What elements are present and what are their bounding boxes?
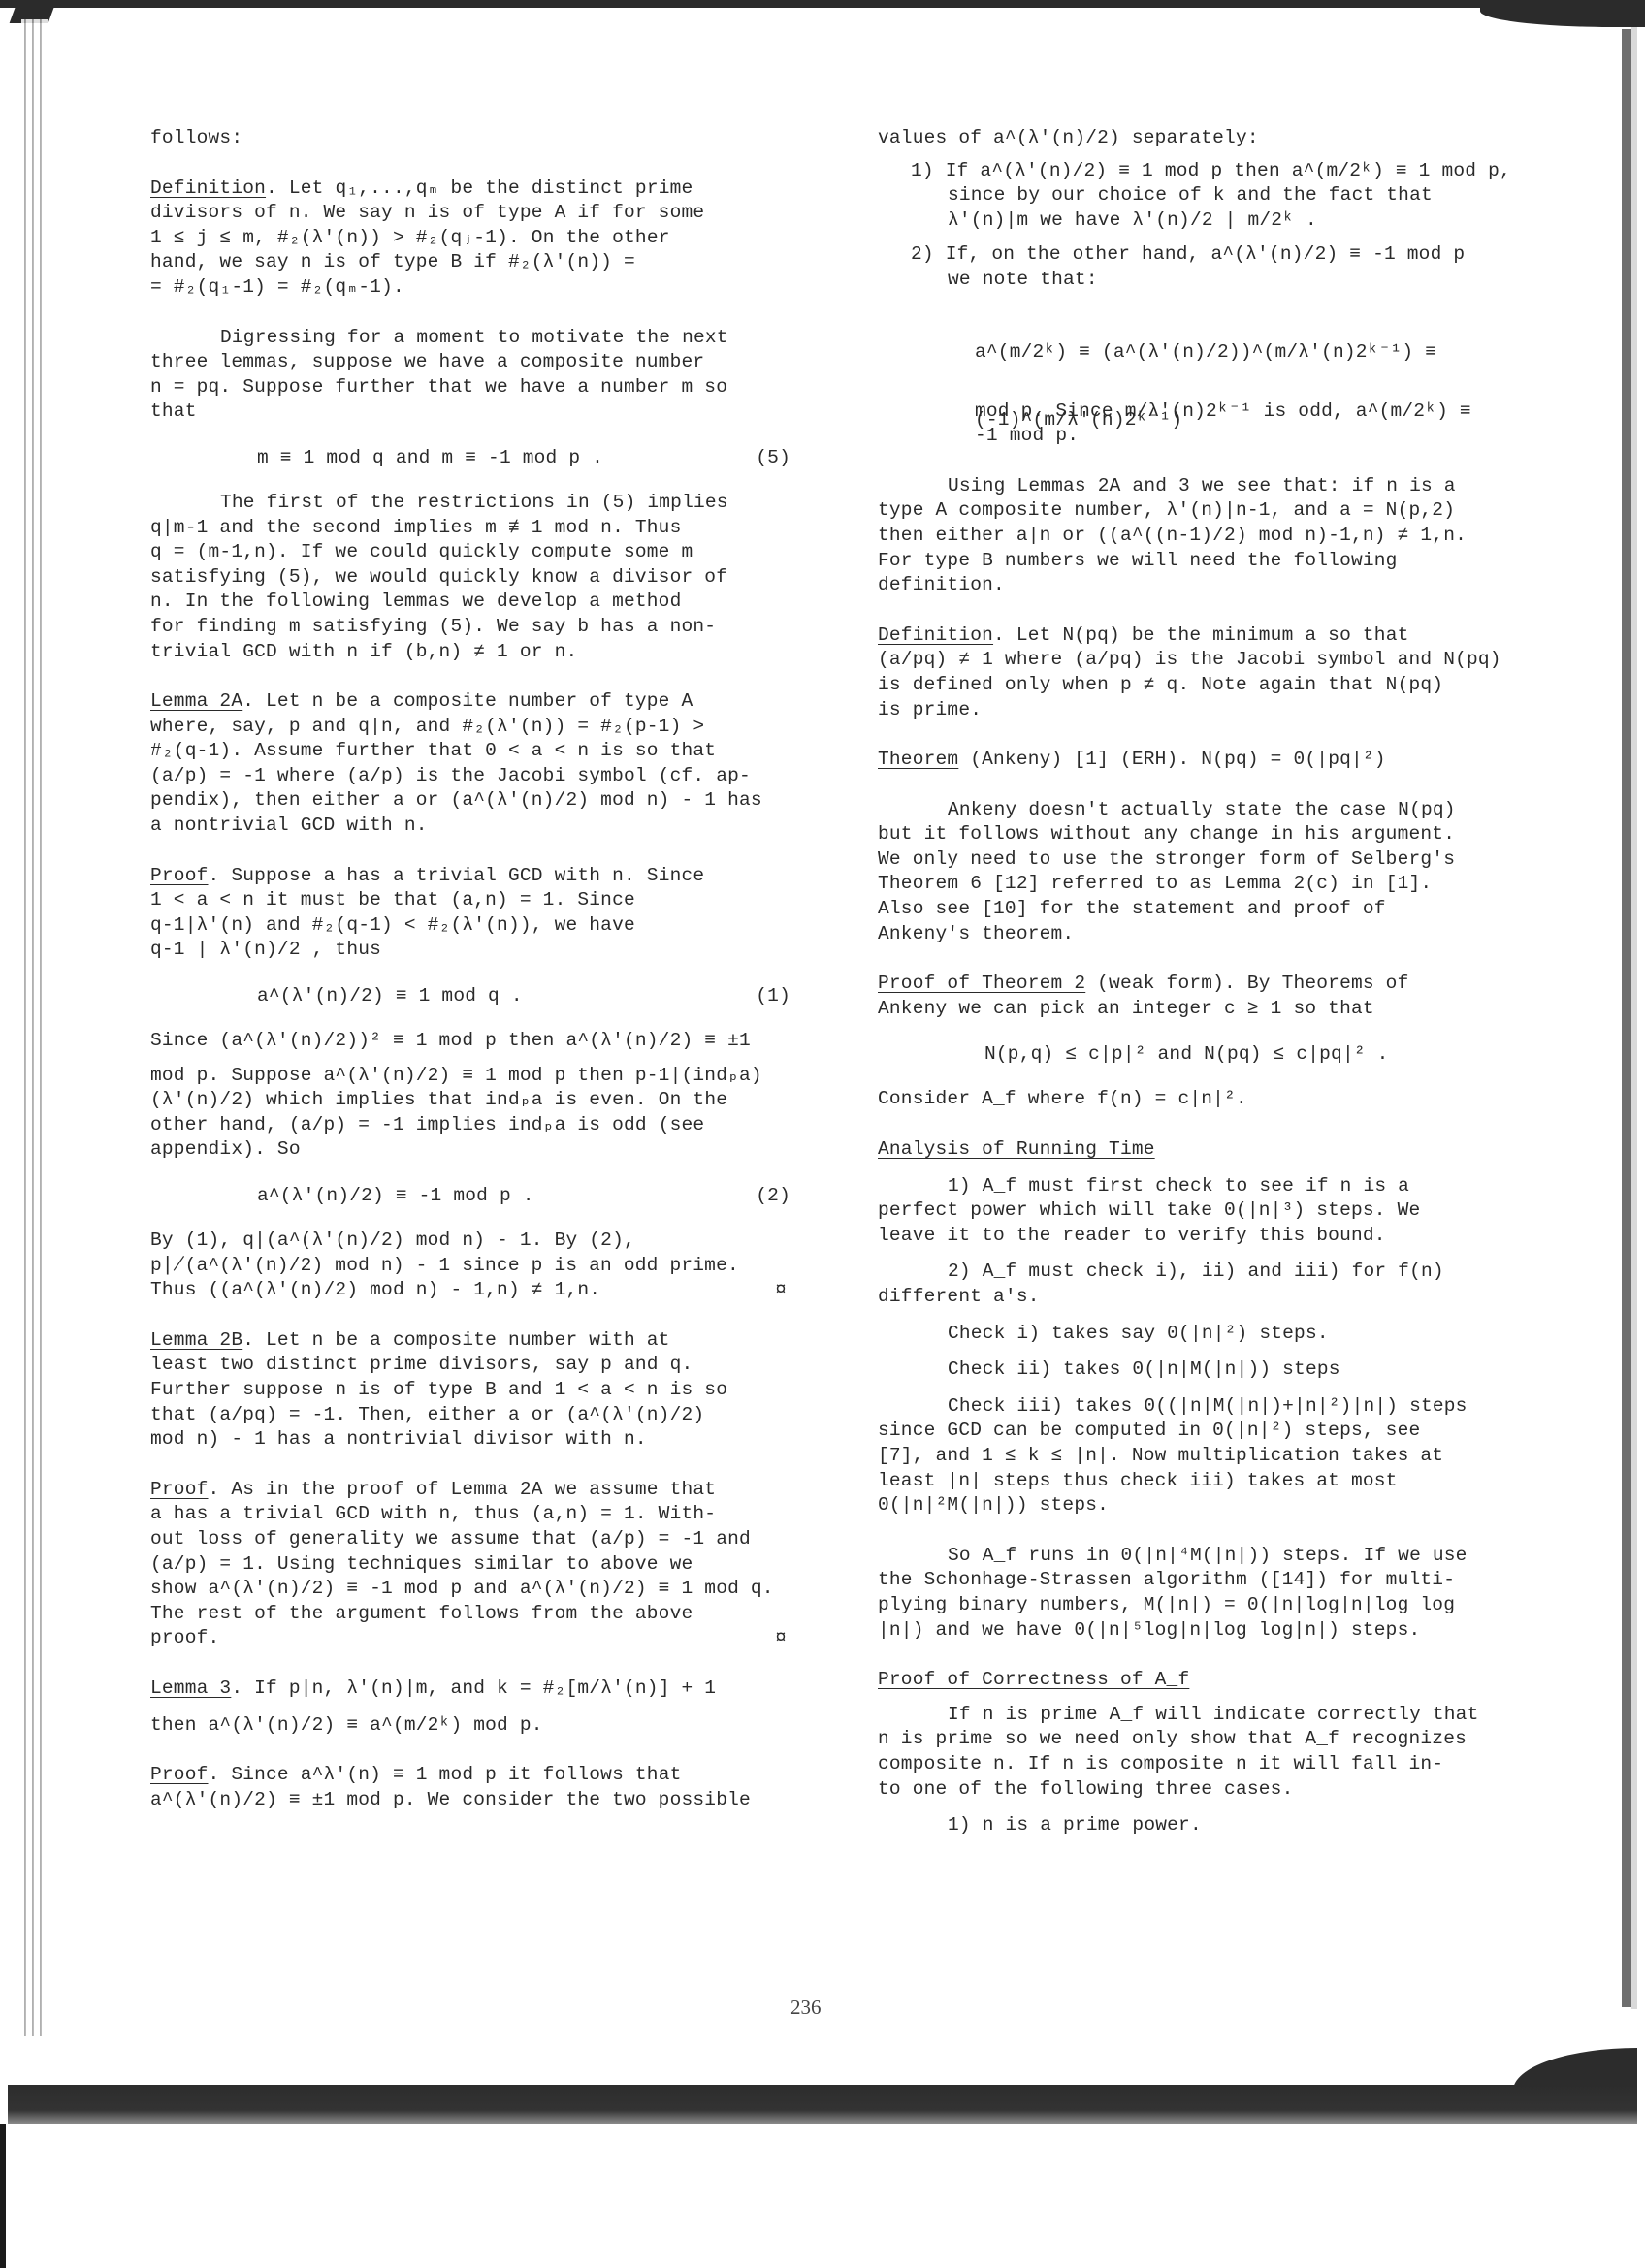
equation-number: (2) <box>756 1176 790 1215</box>
case-2: 2) If, on the other hand, a^(λ'(n)/2) ≡ … <box>878 242 1537 292</box>
scan-border-top <box>0 0 1645 8</box>
equation-number: (5) <box>756 438 790 477</box>
since-paragraph: Since (a^(λ'(n)/2))² ≡ 1 mod p then a^(λ… <box>150 1029 810 1163</box>
right-column: values of a^(λ'(n)/2) separately: 1) If … <box>878 126 1537 1838</box>
theorem-heading: Theorem <box>878 749 958 770</box>
inequality: N(p,q) ≤ c|p|² and N(pq) ≤ c|pq|² . <box>878 1035 1537 1073</box>
proof-lemma-3: Proof. Since a^λ'(n) ≡ 1 mod p it follow… <box>150 1763 810 1812</box>
equation-5: m ≡ 1 mod q and m ≡ -1 mod p . (5) <box>150 438 810 477</box>
left-column: follows: Definition. Let q₁,...,qₘ be th… <box>150 126 810 1812</box>
proof-lemma-2b: Proof. As in the proof of Lemma 2A we as… <box>150 1478 810 1651</box>
equation-1: a^(λ'(n)/2) ≡ 1 mod q . (1) <box>150 976 810 1015</box>
proof-theorem-2: Proof of Theorem 2 (weak form). By Theor… <box>878 972 1537 1021</box>
scan-edge-right <box>1622 29 1631 2007</box>
scan-bar-bottom-left <box>0 2124 6 2268</box>
by-paragraph: By (1), q|(a^(λ'(n)/2) mod n) - 1. By (2… <box>150 1229 810 1303</box>
scan-border-bottom <box>8 2085 1637 2124</box>
scan-edge-left <box>21 19 48 2036</box>
after-equation: mod p. Since m/λ'(n)2ᵏ⁻¹ is odd, a^(m/2ᵏ… <box>878 399 1537 449</box>
qed-symbol-icon: ¤ <box>775 1278 787 1303</box>
equation-number: (1) <box>756 976 790 1015</box>
display-equation: a^(m/2ᵏ) ≡ (a^(λ'(n)/2))^(m/λ'(n)2ᵏ⁻¹) ≡… <box>878 318 1537 386</box>
proof-heading: Proof of Theorem 2 <box>878 973 1085 994</box>
lemma-heading: Lemma 2A <box>150 690 242 712</box>
proof-correctness: Proof of Correctness of A_f If n is prim… <box>878 1668 1537 1838</box>
section-heading: Proof of Correctness of A_f <box>878 1668 1537 1693</box>
definition-type-ab: Definition. Let q₁,...,qₘ be the distinc… <box>150 176 810 301</box>
lemma-heading: Lemma 3 <box>150 1677 231 1699</box>
definition-npq: Definition. Let N(pq) be the minimum a s… <box>878 623 1537 722</box>
case-1: 1) If a^(λ'(n)/2) ≡ 1 mod p then a^(m/2ᵏ… <box>878 159 1537 234</box>
values-line: values of a^(λ'(n)/2) separately: <box>878 126 1537 151</box>
qed-symbol-icon: ¤ <box>775 1626 787 1651</box>
restrictions-paragraph: The first of the restrictions in (5) imp… <box>150 491 810 664</box>
ankeny-paragraph: Ankeny doesn't actually state the case N… <box>878 798 1537 947</box>
scan-corner-top-right <box>1480 0 1645 27</box>
page-number: 236 <box>790 1996 822 2020</box>
scan-edge-right-highlight <box>1631 27 1637 2009</box>
analysis-running-time: Analysis of Running Time 1) A_f must fir… <box>878 1137 1537 1643</box>
intro-text: follows: <box>150 126 810 151</box>
lemma-2a: Lemma 2A. Let n be a composite number of… <box>150 689 810 839</box>
proof-heading: Proof <box>150 865 209 886</box>
proof-lemma-2a: Proof. Suppose a has a trivial GCD with … <box>150 864 810 963</box>
definition-heading: Definition <box>878 624 993 646</box>
lemma-3: Lemma 3. If p|n, λ'(n)|m, and k = #₂[m/λ… <box>150 1677 810 1738</box>
section-heading: Analysis of Running Time <box>878 1137 1537 1163</box>
theorem-ankeny: Theorem (Ankeny) [1] (ERH). N(pq) = 0(|p… <box>878 748 1537 773</box>
lemma-heading: Lemma 2B <box>150 1329 242 1351</box>
equation-2: a^(λ'(n)/2) ≡ -1 mod p . (2) <box>150 1176 810 1215</box>
proof-heading: Proof <box>150 1479 209 1500</box>
proof-heading: Proof <box>150 1764 209 1785</box>
using-lemmas-paragraph: Using Lemmas 2A and 3 we see that: if n … <box>878 474 1537 598</box>
definition-heading: Definition <box>150 177 266 199</box>
consider-line: Consider A_f where f(n) = c|n|². <box>878 1087 1537 1112</box>
digress-paragraph: Digressing for a moment to motivate the … <box>150 326 810 425</box>
lemma-2b: Lemma 2B. Let n be a composite number wi… <box>150 1328 810 1453</box>
